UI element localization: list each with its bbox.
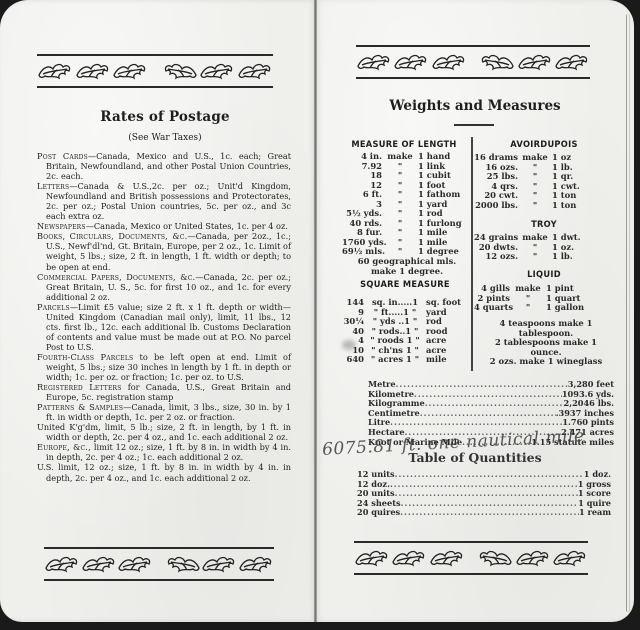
postage-entry: Patterns & Samples—Canada, limit, 3 lbs.… xyxy=(37,402,291,422)
avoirdupois-heading: AVOIRDUPOIS xyxy=(480,140,609,150)
postage-entry-text: U.S. limit, 12 oz.; size, 1 ft. by 8 in.… xyxy=(37,462,291,482)
acanthus-leaf-icon xyxy=(552,548,588,568)
postage-entry: Newspapers—Canada, Mexico or United Stat… xyxy=(37,221,291,231)
text-line: 2 ozs. make 1 wineglass xyxy=(474,357,618,367)
acanthus-leaf-icon xyxy=(165,554,201,574)
postage-entry: Commercial Papers, Documents, &c.—Canada… xyxy=(37,272,291,302)
square-measure-table: 144sq. in.....1sq. foot9" ft.....1 "yard… xyxy=(342,298,470,365)
postage-rates-text: Post Cards—Canada, Mexico and U.S., 1c. … xyxy=(37,151,291,483)
acanthus-leaf-icon xyxy=(44,554,80,574)
square-measure-heading: SQUARE MEASURE xyxy=(345,280,465,290)
table-cell: 12 ozs. xyxy=(474,252,518,262)
acanthus-leaf-icon xyxy=(199,61,235,81)
table-cell: 1 ton xyxy=(552,201,602,211)
postage-entry-heading: Fourth-Class Parcels xyxy=(37,352,133,362)
table-row: 6 ft."1 fathom xyxy=(342,190,470,200)
acanthus-leaf-icon xyxy=(515,548,551,568)
ink-stain xyxy=(342,340,356,350)
measure-of-length-heading: MEASURE OF LENGTH xyxy=(343,140,464,150)
row-value: 1 ream xyxy=(579,508,611,518)
title-underline xyxy=(454,124,494,126)
dot-leader xyxy=(414,390,562,400)
table-cell: 640 xyxy=(342,355,364,365)
ornament-band-left-bottom xyxy=(44,547,274,581)
acanthus-leaf-icon xyxy=(237,61,273,81)
table-row: 20 quires1 ream xyxy=(357,508,611,518)
postage-entry: United K'g'dm, limit, 5 lb.; size, 2 ft.… xyxy=(37,422,291,442)
table-cell: " xyxy=(518,252,552,262)
ornament-band-right-top xyxy=(356,45,590,79)
postage-entry-heading: Books, Circulars, Documents, &c. xyxy=(37,231,187,241)
acanthus-leaf-icon xyxy=(429,548,465,568)
postage-entry: Europe, &c., limit 12 oz.; size, 1 ft. b… xyxy=(37,442,291,462)
postage-title: Rates of Postage xyxy=(40,109,290,125)
postage-entry: Books, Circulars, Documents, &c.—Canada,… xyxy=(37,231,291,271)
postage-entry-heading: Post Cards xyxy=(37,151,88,161)
table-cell: 1 lb. xyxy=(552,252,602,262)
postage-entry-heading: Newspapers xyxy=(37,221,86,231)
acanthus-leaf-icon xyxy=(391,548,427,568)
dot-leader xyxy=(401,499,579,509)
acanthus-leaf-icon xyxy=(354,548,390,568)
postage-entry: Letters—Canada & U.S.,2c. per oz.; Unit'… xyxy=(37,181,291,221)
table-row: 640" acres 1 "mile xyxy=(342,355,470,365)
liquid-heading: LIQUID xyxy=(480,270,609,280)
postage-entry-text: United K'g'dm, limit, 5 lb.; size, 2 ft.… xyxy=(37,422,291,442)
acanthus-leaf-icon xyxy=(81,554,117,574)
table-row: 12 units1 doz. xyxy=(357,470,611,480)
table-cell: mile xyxy=(426,355,470,365)
postage-entry-heading: Commercial Papers, Documents, &c. xyxy=(37,272,195,282)
quantities-table: 12 units1 doz.12 doz.1 gross20 units1 sc… xyxy=(357,470,611,518)
dot-leader xyxy=(390,480,578,490)
acanthus-leaf-icon xyxy=(112,61,148,81)
table-row: 4 quarts"1 gallon xyxy=(474,303,602,313)
acanthus-leaf-icon xyxy=(554,52,590,72)
table-cell: " acres 1 " xyxy=(364,355,426,365)
dot-leader xyxy=(425,399,564,409)
acanthus-leaf-icon xyxy=(517,52,553,72)
avoirdupois-table: 16 dramsmake1 oz16 ozs."1 lb.25 lbs."1 q… xyxy=(474,153,602,210)
acanthus-leaf-icon xyxy=(477,548,513,568)
table-cell: " xyxy=(518,201,552,211)
troy-table: 24 grainsmake1 dwt.20 dwts."1 oz.12 ozs.… xyxy=(474,233,602,262)
table-cell: 2000 lbs. xyxy=(474,201,518,211)
column-divider xyxy=(471,137,473,371)
troy-heading: TROY xyxy=(480,220,609,230)
acanthus-leaf-icon xyxy=(75,61,111,81)
postage-entry-text: —Limit £5 value; size 2 ft. x 1 ft. dept… xyxy=(46,302,291,352)
postage-subtitle: (See War Taxes) xyxy=(40,133,290,143)
liquid-table: 4 gillsmake1 pint2 pints"1 quart4 quarts… xyxy=(474,284,602,313)
postage-entry: U.S. limit, 12 oz.; size, 1 ft. by 8 in.… xyxy=(37,462,291,482)
acanthus-leaf-icon xyxy=(162,61,198,81)
table-cell: " xyxy=(510,303,546,313)
postage-entry-heading: Letters xyxy=(37,181,69,191)
table-cell: 4 quarts xyxy=(474,303,510,313)
liquid-notes: 4 teaspoons make 1tablespoon.2 tablespoo… xyxy=(474,319,618,367)
acanthus-leaf-icon xyxy=(201,554,237,574)
dot-leader xyxy=(400,508,579,518)
dot-leader xyxy=(390,418,562,428)
table-row: 12 doz.1 gross xyxy=(357,480,611,490)
ornament-band-left-top xyxy=(37,54,273,88)
postage-entry-heading: Registered Letters xyxy=(37,382,122,392)
acanthus-leaf-icon xyxy=(117,554,153,574)
text-line: make 1 degree. xyxy=(342,267,472,277)
dot-leader xyxy=(395,489,578,499)
acanthus-leaf-icon xyxy=(479,52,515,72)
measure-of-length-footer: 60 geographical mls.make 1 degree. xyxy=(342,257,472,276)
table-row: 18"1 cubit xyxy=(342,171,470,181)
acanthus-leaf-icon xyxy=(37,61,73,81)
postage-entry-heading: Patterns & Samples xyxy=(37,402,123,412)
postage-entry: Fourth-Class Parcels to be left open at … xyxy=(37,352,291,382)
acanthus-leaf-icon xyxy=(431,52,467,72)
table-row: 2000 lbs."1 ton xyxy=(474,201,602,211)
ornament-band-right-bottom xyxy=(354,541,588,575)
row-label: 20 quires xyxy=(357,508,400,518)
postage-entry: Registered Letters for Canada, U.S., Gre… xyxy=(37,382,291,402)
dot-leader xyxy=(396,380,568,390)
acanthus-leaf-icon xyxy=(356,52,392,72)
postage-entry-heading: Europe, &c., xyxy=(37,442,91,452)
book-spine xyxy=(314,0,317,622)
postage-entry-heading: Parcels xyxy=(37,302,70,312)
dot-leader xyxy=(395,470,584,480)
dot-leader xyxy=(420,409,556,419)
measure-of-length-table: 4 in.make1 hand7.92"1 link18"1 cubit12"1… xyxy=(342,152,470,257)
postage-entry-text: —Canada & U.S.,2c. per oz.; Unit'd Kingd… xyxy=(46,181,291,221)
acanthus-leaf-icon xyxy=(238,554,274,574)
postage-entry: Post Cards—Canada, Mexico and U.S., 1c. … xyxy=(37,151,291,181)
quantities-title: Table of Quantities xyxy=(330,450,620,465)
table-row: 12 ozs."1 lb. xyxy=(474,252,602,262)
weights-measures-title: Weights and Measures xyxy=(330,98,620,114)
acanthus-leaf-icon xyxy=(393,52,429,72)
postage-entry: Parcels—Limit £5 value; size 2 ft. x 1 f… xyxy=(37,302,291,352)
table-cell: 1 gallon xyxy=(546,303,602,313)
postage-entry-text: —Canada, Mexico or United States, 1c. pe… xyxy=(86,221,288,231)
